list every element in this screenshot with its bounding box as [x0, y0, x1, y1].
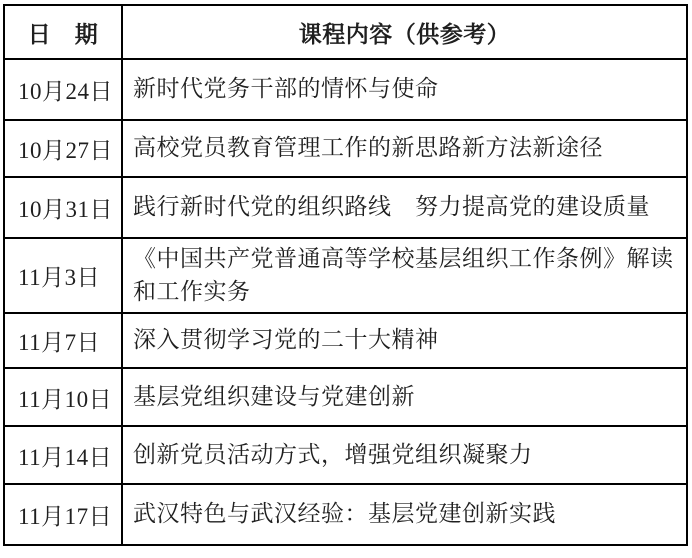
- date-cell: 11月14日: [4, 426, 122, 484]
- content-cell: 践行新时代党的组织路线 努力提高党的建设质量: [122, 177, 687, 238]
- table-row: 11月14日 创新党员活动方式，增强党组织凝聚力: [4, 426, 687, 484]
- table-row: 11月10日 基层党组织建设与党建创新: [4, 368, 687, 426]
- table-row: 11月3日 《中国共产党普通高等学校基层组织工作条例》解读和工作实务: [4, 238, 687, 313]
- content-cell: 高校党员教育管理工作的新思路新方法新途径: [122, 120, 687, 177]
- content-cell: 基层党组织建设与党建创新: [122, 368, 687, 426]
- date-cell: 11月7日: [4, 313, 122, 368]
- header-row: 日 期 课程内容（供参考）: [4, 5, 687, 59]
- date-cell: 10月31日: [4, 177, 122, 238]
- table-row: 10月27日 高校党员教育管理工作的新思路新方法新途径: [4, 120, 687, 177]
- date-cell: 10月24日: [4, 59, 122, 120]
- date-cell: 10月27日: [4, 120, 122, 177]
- table-row: 10月31日 践行新时代党的组织路线 努力提高党的建设质量: [4, 177, 687, 238]
- table-row: 10月24日 新时代党务干部的情怀与使命: [4, 59, 687, 120]
- course-schedule-table: 日 期 课程内容（供参考） 10月24日 新时代党务干部的情怀与使命 10月27…: [3, 4, 688, 546]
- table-row: 11月7日 深入贯彻学习党的二十大精神: [4, 313, 687, 368]
- content-cell: 武汉特色与武汉经验：基层党建创新实践: [122, 484, 687, 545]
- table-row: 11月17日 武汉特色与武汉经验：基层党建创新实践: [4, 484, 687, 545]
- content-cell: 新时代党务干部的情怀与使命: [122, 59, 687, 120]
- date-cell: 11月3日: [4, 238, 122, 313]
- content-cell: 创新党员活动方式，增强党组织凝聚力: [122, 426, 687, 484]
- content-cell: 《中国共产党普通高等学校基层组织工作条例》解读和工作实务: [122, 238, 687, 313]
- content-cell: 深入贯彻学习党的二十大精神: [122, 313, 687, 368]
- column-header-date: 日 期: [4, 5, 122, 59]
- column-header-content: 课程内容（供参考）: [122, 5, 687, 59]
- date-cell: 11月10日: [4, 368, 122, 426]
- date-cell: 11月17日: [4, 484, 122, 545]
- document-page: 日 期 课程内容（供参考） 10月24日 新时代党务干部的情怀与使命 10月27…: [0, 0, 692, 558]
